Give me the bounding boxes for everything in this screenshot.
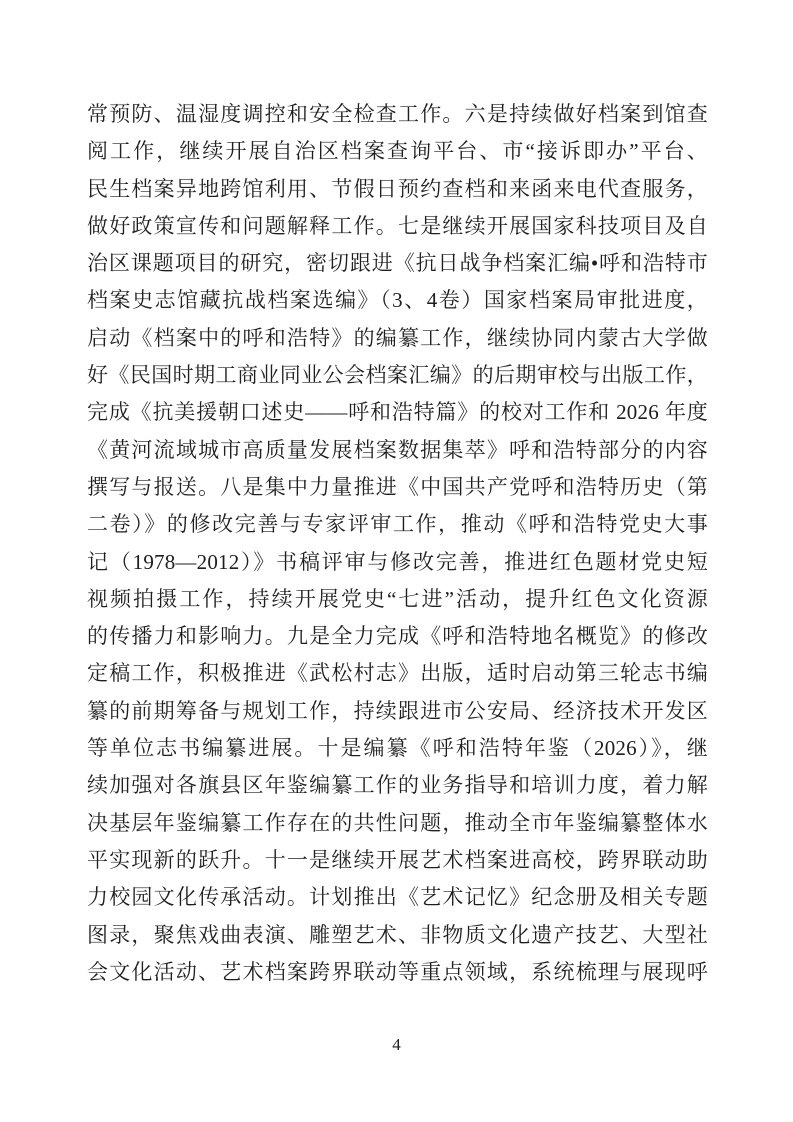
document-page: 常预防、温湿度调控和安全检查工作。六是持续做好档案到馆查 阅工作，继续开展自治区… — [0, 0, 793, 1122]
text-line: 续加强对各旗县区年鉴编纂工作的业务指导和培训力度，着力解 — [87, 767, 708, 804]
text-line: 纂的前期筹备与规划工作，持续跟进市公安局、经济技术开发区 — [87, 693, 708, 730]
text-line: 《黄河流域城市高质量发展档案数据集萃》呼和浩特部分的内容 — [87, 432, 708, 469]
text-line: 记（1978—2012）》书稿评审与修改完善，推进红色题材党史短 — [87, 544, 708, 581]
text-line: 二卷）》的修改完善与专家评审工作，推动《呼和浩特党史大事 — [87, 506, 708, 543]
text-line: 图录，聚焦戏曲表演、雕塑艺术、非物质文化遗产技艺、大型社 — [87, 917, 708, 954]
text-line: 好《民国时期工商业同业公会档案汇编》的后期审校与出版工作， — [87, 357, 708, 394]
text-line: 做好政策宣传和问题解释工作。七是继续开展国家科技项目及自 — [87, 208, 708, 245]
text-line: 会文化活动、艺术档案跨界联动等重点领域，系统梳理与展现呼 — [87, 954, 708, 991]
text-line: 常预防、温湿度调控和安全检查工作。六是持续做好档案到馆查 — [87, 96, 708, 133]
text-line: 定稿工作，积极推进《武松村志》出版，适时启动第三轮志书编 — [87, 655, 708, 692]
text-line: 档案史志馆藏抗战档案选编》（3、4卷）国家档案局审批进度， — [87, 282, 708, 319]
text-line: 治区课题项目的研究，密切跟进《抗日战争档案汇编•呼和浩特市 — [87, 245, 708, 282]
text-line: 等单位志书编纂进展。十是编纂《呼和浩特年鉴（2026）》，继 — [87, 730, 708, 767]
page-number-footer: 4 — [0, 1034, 793, 1056]
text-line: 民生档案异地跨馆利用、节假日预约查档和来函来电代查服务， — [87, 171, 708, 208]
text-line: 阅工作，继续开展自治区档案查询平台、市“接诉即办”平台、 — [87, 133, 708, 170]
text-line: 完成《抗美援朝口述史——呼和浩特篇》的校对工作和 2026 年度 — [87, 394, 708, 431]
text-line: 力校园文化传承活动。计划推出《艺术记忆》纪念册及相关专题 — [87, 879, 708, 916]
text-line: 决基层年鉴编纂工作存在的共性问题，推动全市年鉴编纂整体水 — [87, 805, 708, 842]
text-line: 平实现新的跃升。十一是继续开展艺术档案进高校，跨界联动助 — [87, 842, 708, 879]
text-line: 撰写与报送。八是集中力量推进《中国共产党呼和浩特历史（第 — [87, 469, 708, 506]
text-line: 的传播力和影响力。九是全力完成《呼和浩特地名概览》的修改 — [87, 618, 708, 655]
text-line: 视频拍摄工作，持续开展党史“七进”活动，提升红色文化资源 — [87, 581, 708, 618]
text-line: 启动《档案中的呼和浩特》的编纂工作，继续协同内蒙古大学做 — [87, 320, 708, 357]
document-body-text: 常预防、温湿度调控和安全检查工作。六是持续做好档案到馆查 阅工作，继续开展自治区… — [87, 96, 708, 991]
